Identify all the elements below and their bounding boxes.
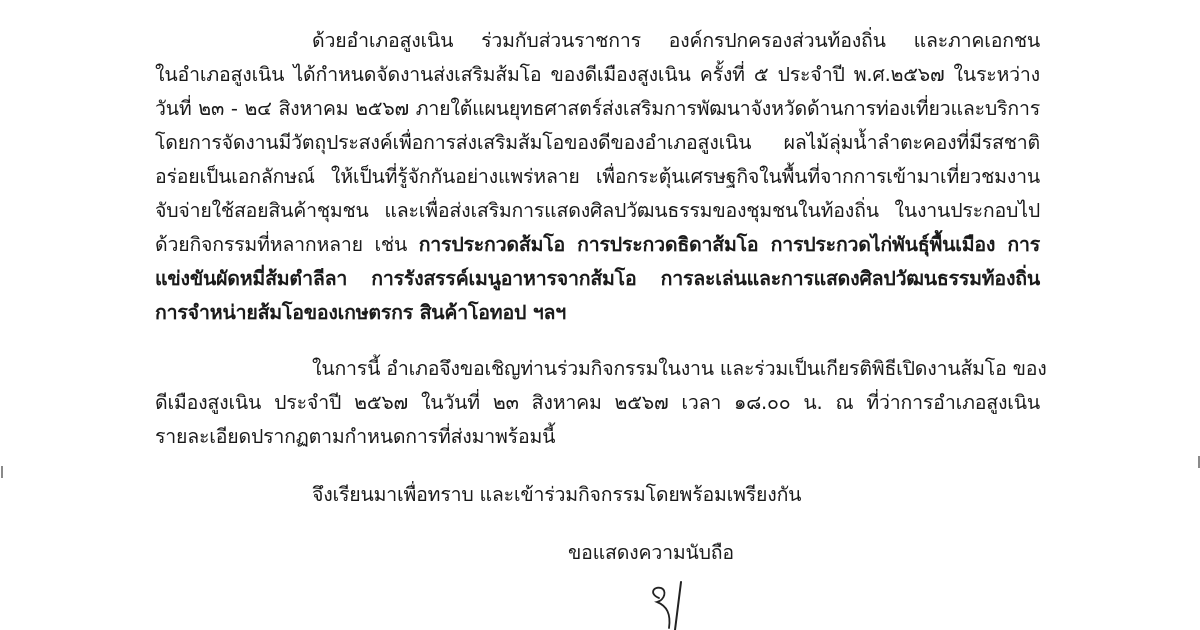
left-edge-mark xyxy=(1,466,3,478)
document-page: ด้วยอำเภอสูงเนิน ร่วมกับส่วนราชการ องค์ก… xyxy=(0,0,1200,630)
paragraph2-line2: ดีเมืองสูงเนิน ประจำปี ๒๕๖๗ ในวันที่ ๒๓ … xyxy=(155,386,1040,420)
signature-icon xyxy=(645,580,705,630)
paragraph1-line3: วันที่ ๒๓ - ๒๔ สิงหาคม ๒๕๖๗ ภายใต้แผนยุท… xyxy=(155,92,1040,126)
paragraph1-line6: จับจ่ายใช้สอยสินค้าชุมชน และเพื่อส่งเสริ… xyxy=(155,194,1040,228)
closing-text: จึงเรียนมาเพื่อทราบ และเข้าร่วมกิจกรรมโด… xyxy=(312,478,801,512)
paragraph2-line3: รายละเอียดปรากฏตามกำหนดการที่ส่งมาพร้อมน… xyxy=(155,420,555,454)
paragraph1-line9: การจำหน่ายส้มโอของเกษตรกร สินค้าโอทอป ฯล… xyxy=(155,296,566,330)
paragraph1-line4: โดยการจัดงานมีวัตถุประสงค์เพื่อการส่งเสร… xyxy=(155,126,1040,160)
paragraph1-line5: อร่อยเป็นเอกลักษณ์ ให้เป็นที่รู้จักกันอย… xyxy=(155,160,1040,194)
paragraph1-line7: ด้วยกิจกรรมที่หลากหลาย เช่น การประกวดส้ม… xyxy=(155,228,1040,262)
paragraph1-line8: แข่งขันผัดหมี่ส้มตำลีลา การรังสรรค์เมนูอ… xyxy=(155,262,1040,296)
regards-text: ขอแสดงความนับถือ xyxy=(568,536,734,570)
paragraph1-line2: ในอำเภอสูงเนิน ได้กำหนดจัดงานส่งเสริมส้ม… xyxy=(155,58,1040,92)
paragraph1-line7-regular: ด้วยกิจกรรมที่หลากหลาย เช่น xyxy=(155,233,419,256)
paragraph1-line7-bold: การประกวดส้มโอ การประกวดธิดาส้มโอ การประ… xyxy=(419,233,1040,256)
paragraph1-line1: ด้วยอำเภอสูงเนิน ร่วมกับส่วนราชการ องค์ก… xyxy=(312,24,1040,58)
paragraph2-line1: ในการนี้ อำเภอจึงขอเชิญท่านร่วมกิจกรรมใน… xyxy=(312,352,1040,386)
